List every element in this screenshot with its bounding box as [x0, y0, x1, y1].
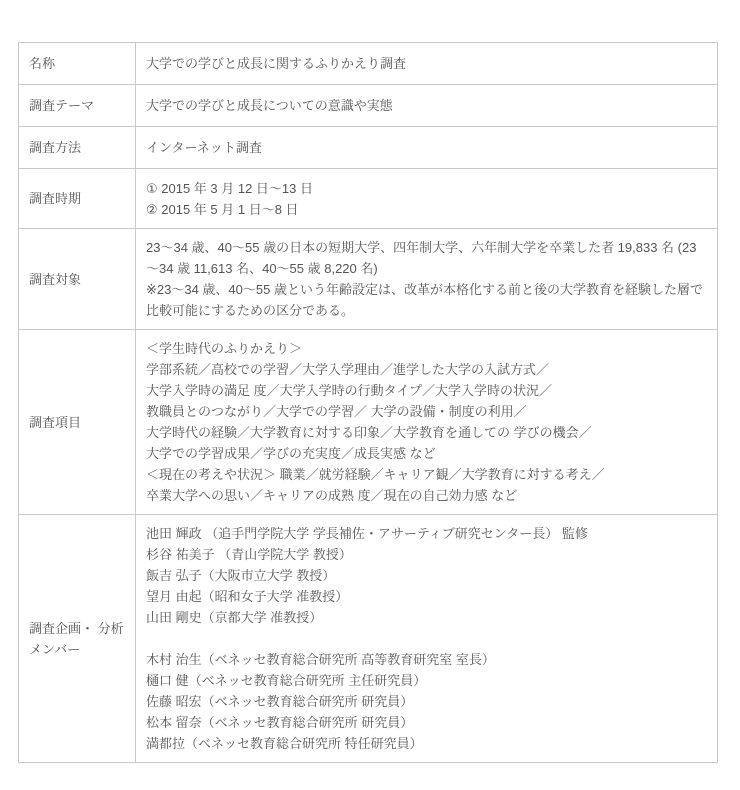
survey-method-label: 調査方法: [19, 127, 136, 169]
row-survey-members: 調査企画・ 分析メンバー 池田 輝政 （追手門学院大学 学長補佐・アサーティブ研…: [19, 515, 718, 763]
survey-items-value: ＜学生時代のふりかえり＞ 学部系統／高校での学習／大学入学理由／進学した大学の入…: [136, 330, 718, 515]
row-survey-name: 名称 大学での学びと成長に関するふりかえり調査: [19, 43, 718, 85]
survey-period-label: 調査時期: [19, 169, 136, 229]
survey-method-value: インターネット調査: [136, 127, 718, 169]
survey-members-label: 調査企画・ 分析メンバー: [19, 515, 136, 763]
row-survey-theme: 調査テーマ 大学での学びと成長についての意識や実態: [19, 85, 718, 127]
survey-theme-label: 調査テーマ: [19, 85, 136, 127]
survey-name-label: 名称: [19, 43, 136, 85]
row-survey-period: 調査時期 ① 2015 年 3 月 12 日～13 日 ② 2015 年 5 月…: [19, 169, 718, 229]
survey-period-value: ① 2015 年 3 月 12 日～13 日 ② 2015 年 5 月 1 日～…: [136, 169, 718, 229]
survey-members-value: 池田 輝政 （追手門学院大学 学長補佐・アサーティブ研究センター長） 監修 杉谷…: [136, 515, 718, 763]
survey-target-label: 調査対象: [19, 229, 136, 330]
survey-items-label: 調査項目: [19, 330, 136, 515]
survey-name-value: 大学での学びと成長に関するふりかえり調査: [136, 43, 718, 85]
survey-summary-table: 名称 大学での学びと成長に関するふりかえり調査 調査テーマ 大学での学びと成長に…: [18, 42, 718, 763]
row-survey-items: 調査項目 ＜学生時代のふりかえり＞ 学部系統／高校での学習／大学入学理由／進学し…: [19, 330, 718, 515]
row-survey-target: 調査対象 23～34 歳、40～55 歳の日本の短期大学、四年制大学、六年制大学…: [19, 229, 718, 330]
survey-overview-page: 名称 大学での学びと成長に関するふりかえり調査 調査テーマ 大学での学びと成長に…: [0, 0, 740, 790]
row-survey-method: 調査方法 インターネット調査: [19, 127, 718, 169]
survey-theme-value: 大学での学びと成長についての意識や実態: [136, 85, 718, 127]
survey-target-value: 23～34 歳、40～55 歳の日本の短期大学、四年制大学、六年制大学を卒業した…: [136, 229, 718, 330]
